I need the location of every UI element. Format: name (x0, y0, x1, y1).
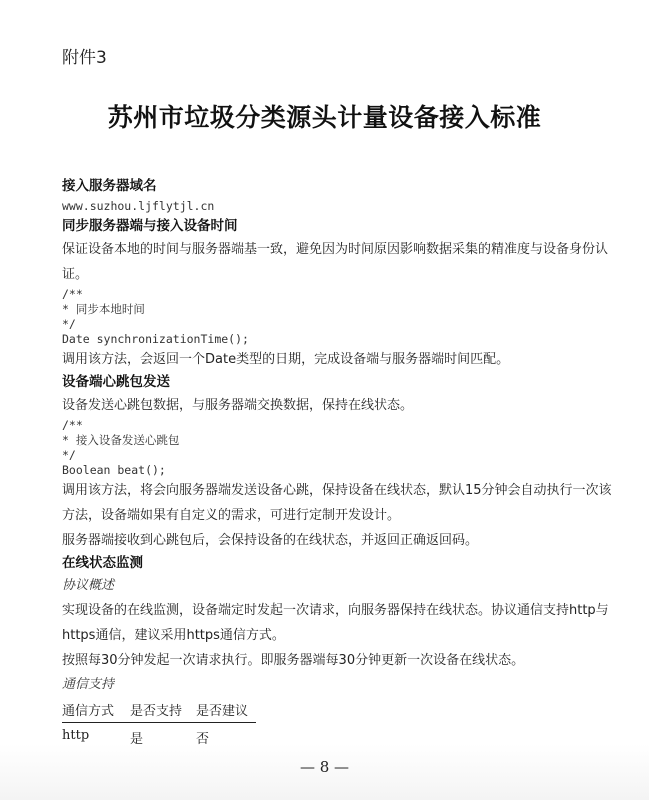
comm-support-label: 通信支持 (62, 673, 622, 697)
interval-text: 按照每30分钟发起一次请求执行。即服务器端每30分钟更新一次设备在线状态。 (62, 648, 622, 673)
cell-supported: 是 (130, 723, 196, 750)
code-line: /** (62, 287, 622, 302)
document-body: 接入服务器域名 www.suzhou.ljflytjl.cn 同步服务器端与接入… (62, 176, 622, 749)
comm-support-table: 通信方式 是否支持 是否建议 http 是 否 (62, 699, 256, 749)
section-heading-heartbeat: 设备端心跳包发送 (62, 372, 622, 393)
heartbeat-note-2: 服务器端接收到心跳包后，会保持设备的在线状态，并返回正确返回码。 (62, 528, 622, 553)
section-heading-server-domain: 接入服务器域名 (62, 176, 622, 197)
code-line: /** (62, 418, 622, 433)
page-number: — 8 — (0, 758, 649, 776)
code-line: */ (62, 317, 622, 332)
document-page: 附件3 苏州市垃圾分类源头计量设备接入标准 接入服务器域名 www.suzhou… (0, 0, 649, 800)
time-sync-code-block: /** * 同步本地时间 */ Date synchronizationTime… (62, 287, 622, 347)
document-title: 苏州市垃圾分类源头计量设备接入标准 (0, 98, 649, 134)
protocol-text: 实现设备的在线监测，设备端定时发起一次请求，向服务器保持在线状态。协议通信支持h… (62, 598, 622, 648)
heartbeat-note-1: 调用该方法，将会向服务器端发送设备心跳，保持设备在线状态，默认15分钟会自动执行… (62, 478, 622, 528)
code-line: Date synchronizationTime(); (62, 332, 622, 347)
section-heading-time-sync: 同步服务器端与接入设备时间 (62, 216, 622, 237)
server-domain-value: www.suzhou.ljflytjl.cn (62, 197, 622, 216)
attachment-label: 附件3 (62, 43, 107, 68)
cell-comm-method: http (62, 723, 130, 750)
cell-recommended: 否 (196, 723, 256, 750)
code-line: Boolean beat(); (62, 463, 622, 478)
column-header-recommended: 是否建议 (196, 699, 256, 723)
table-row: http 是 否 (62, 723, 256, 750)
table-header-row: 通信方式 是否支持 是否建议 (62, 699, 256, 723)
time-sync-description: 保证设备本地的时间与服务器端基一致，避免因为时间原因影响数据采集的精准度与设备身… (62, 237, 622, 287)
code-line: * 同步本地时间 (62, 302, 622, 317)
column-header-supported: 是否支持 (130, 699, 196, 723)
heartbeat-code-block: /** * 接入设备发送心跳包 */ Boolean beat(); (62, 418, 622, 478)
protocol-overview-label: 协议概述 (62, 574, 622, 598)
column-header-comm-method: 通信方式 (62, 699, 130, 723)
time-sync-note: 调用该方法，会返回一个Date类型的日期，完成设备端与服务器端时间匹配。 (62, 347, 622, 372)
code-line: */ (62, 448, 622, 463)
code-line: * 接入设备发送心跳包 (62, 433, 622, 448)
section-heading-online-monitor: 在线状态监测 (62, 553, 622, 574)
heartbeat-description: 设备发送心跳包数据，与服务器端交换数据，保持在线状态。 (62, 393, 622, 418)
